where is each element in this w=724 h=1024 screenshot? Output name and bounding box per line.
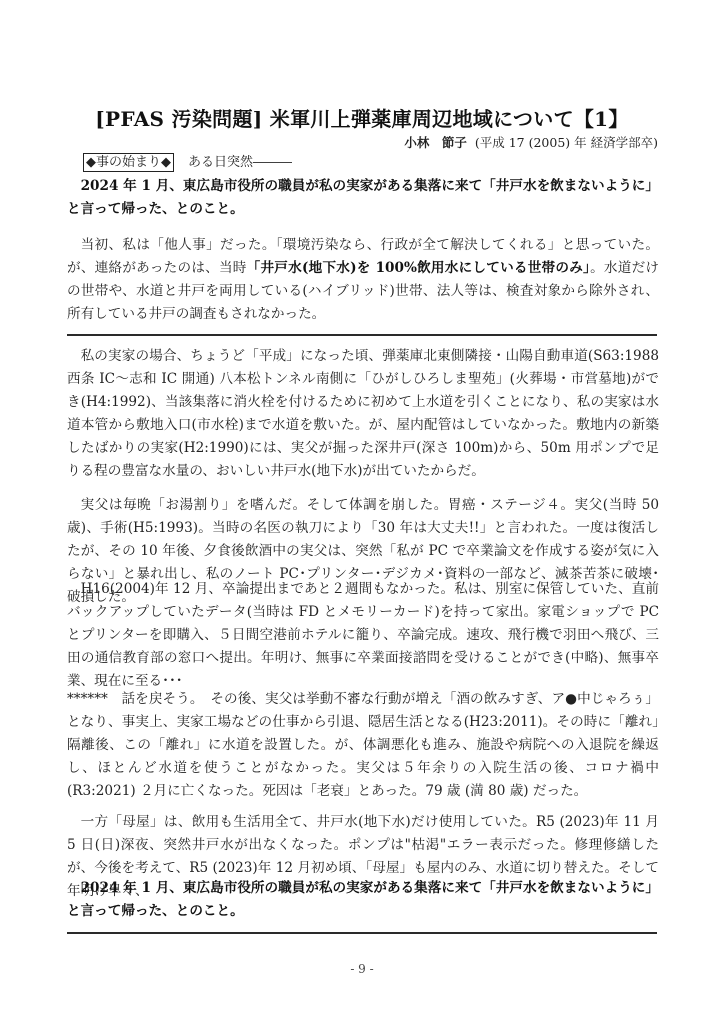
paragraph-4: H16(2004)年 12 月、卒論提出まであと２週間もなかった。私は、別室に保… [67,578,659,693]
para4-block: H16(2004)年 12 月、卒論提出まであと２週間もなかった。私は、別室に保… [67,578,659,693]
section-label-box: ◆事の始まり◆ [83,153,174,172]
section-lead: ある日突然――― [188,155,292,170]
page-number: - 9 - [0,962,724,976]
paragraph-5: ****** 話を戻そう。 その後、実父は挙動不審な行動が増え「酒の飲みすぎ、ア… [67,688,659,803]
divider-top [67,334,657,336]
author-affiliation: (平成 17 (2005) 年 経済学部卒) [475,135,658,150]
para5-block: ****** 話を戻そう。 その後、実父は挙動不審な行動が増え「酒の飲みすぎ、ア… [67,688,659,803]
paragraph-2: 私の実家の場合、ちょうど「平成」になった頃、弾薬庫北東側隣接・山陽自動車道(S6… [67,345,659,483]
author-line: 小林 節子(平成 17 (2005) 年 経済学部卒) [404,133,658,151]
para2-block: 私の実家の場合、ちょうど「平成」になった頃、弾薬庫北東側隣接・山陽自動車道(S6… [67,345,659,483]
outro-bold-paragraph: 2024 年 1 月、東広島市役所の職員が私の実家がある集落に来て「井戸水を飲ま… [67,877,659,923]
paragraph-1-emphasis: 「井戸水(地下水)を 100%飲用水にしている世帯のみ」 [247,260,590,276]
para1-block: 当初、私は「他人事」だった。「環境汚染なら、行政が全て解決してくれる」と思ってい… [67,234,659,326]
author-name: 小林 節子 [404,135,467,150]
outro-block: 2024 年 1 月、東広島市役所の職員が私の実家がある集落に来て「井戸水を飲ま… [67,877,659,923]
divider-bottom [67,932,657,934]
paragraph-1: 当初、私は「他人事」だった。「環境汚染なら、行政が全て解決してくれる」と思ってい… [67,234,659,326]
intro-block: 2024 年 1 月、東広島市役所の職員が私の実家がある集落に来て「井戸水を飲ま… [67,175,659,221]
article-title: [PFAS 汚染問題] 米軍川上弾薬庫周辺地域について【1】 [0,103,724,132]
intro-bold-paragraph: 2024 年 1 月、東広島市役所の職員が私の実家がある集落に来て「井戸水を飲ま… [67,175,659,221]
section-heading: ◆事の始まり◆ある日突然――― [83,153,292,172]
document-page: [PFAS 汚染問題] 米軍川上弾薬庫周辺地域について【1】 小林 節子(平成 … [0,0,724,1024]
